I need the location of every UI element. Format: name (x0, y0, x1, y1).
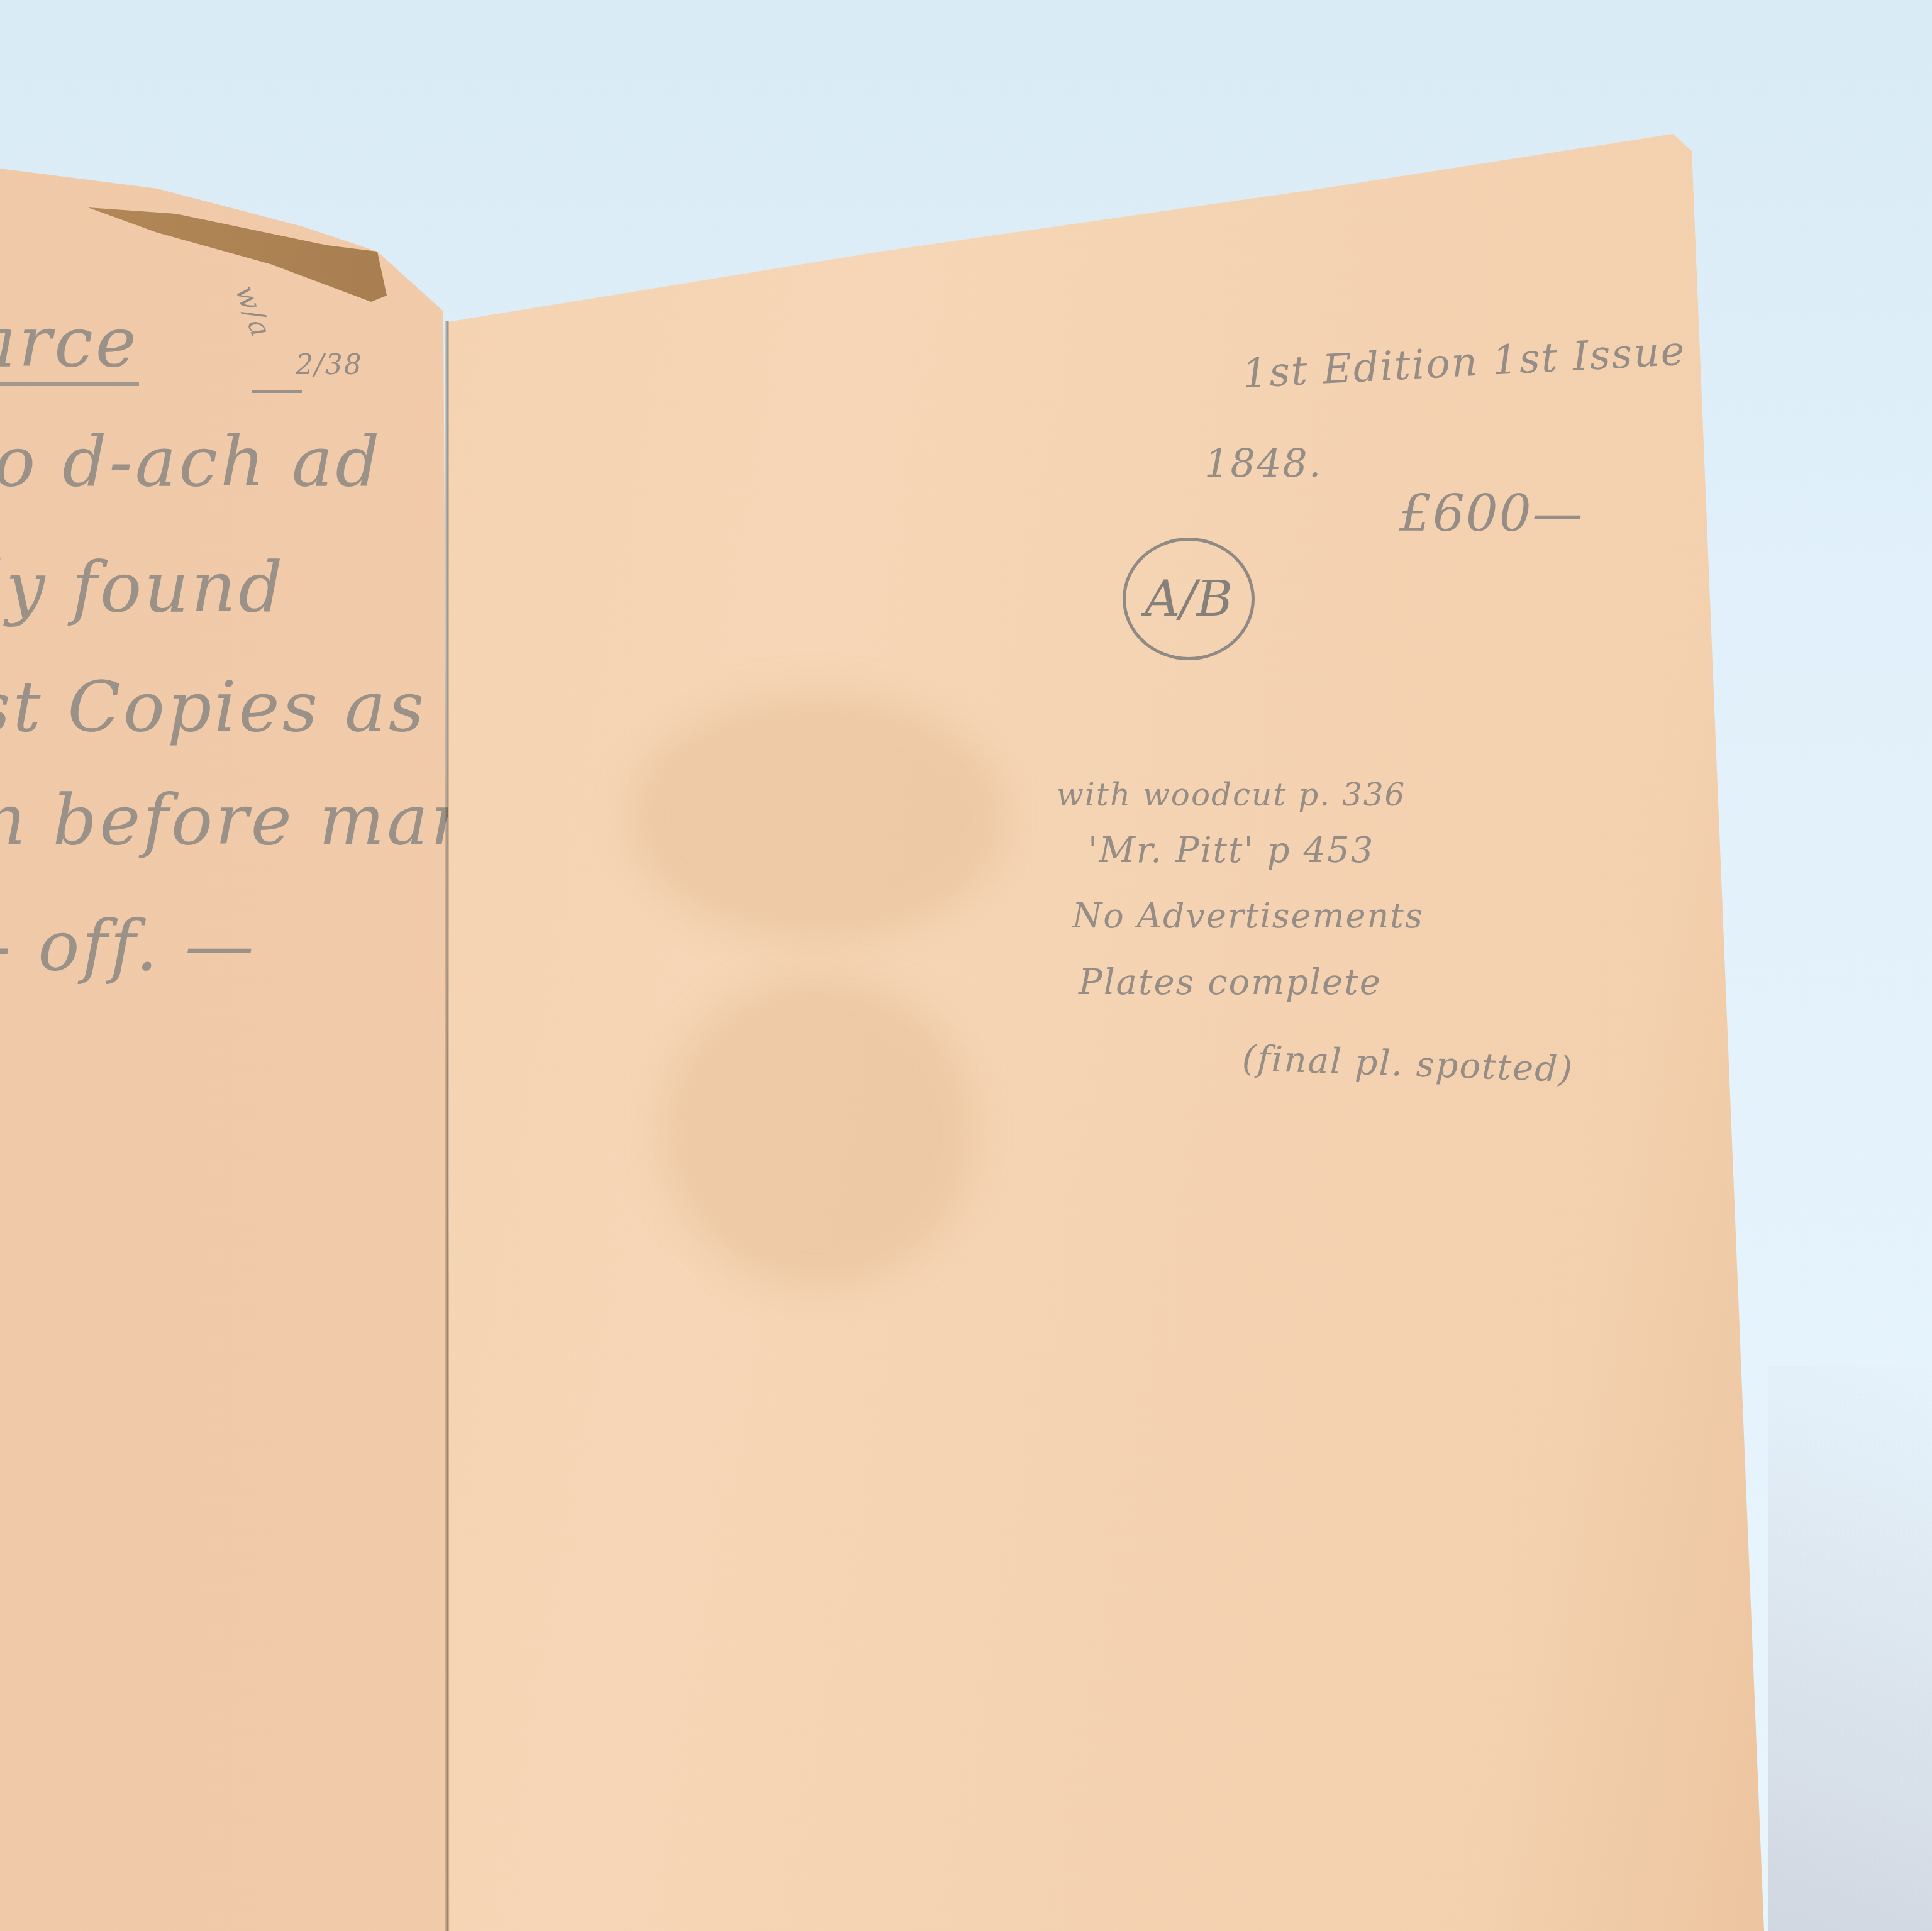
left-corner-note-bottom: 2/38 (296, 349, 363, 381)
background-shadow (1768, 1365, 1932, 1931)
left-line-1: arce (0, 302, 139, 386)
year-note: 1848. (1204, 440, 1323, 486)
left-dash-1 (252, 390, 302, 393)
foxing-stain (660, 975, 975, 1289)
circled-code-text: A/B (1145, 571, 1233, 628)
note-plates: Plates complete (1079, 962, 1382, 1003)
note-woodcut: with woodcut p. 336 (1057, 777, 1406, 813)
foxing-stain (629, 692, 1006, 943)
note-advertisements: No Advertisements (1072, 896, 1424, 936)
left-line-3: ly found (0, 547, 285, 628)
left-line-2: o d-ach ad (0, 421, 382, 502)
left-line-4: st Copies as (0, 667, 426, 747)
left-line-5: n before many (0, 780, 519, 860)
note-mr-pitt: 'Mr. Pitt' p 453 (1088, 830, 1374, 871)
photo-scene: arce w/a 2/38 o d-ach ad ly found st Cop… (0, 0, 1932, 1931)
left-line-6: - off. — (0, 905, 257, 986)
circled-code-mark: A/B (1123, 538, 1255, 660)
book-gutter (445, 321, 449, 1931)
price-note: £600— (1399, 484, 1584, 543)
